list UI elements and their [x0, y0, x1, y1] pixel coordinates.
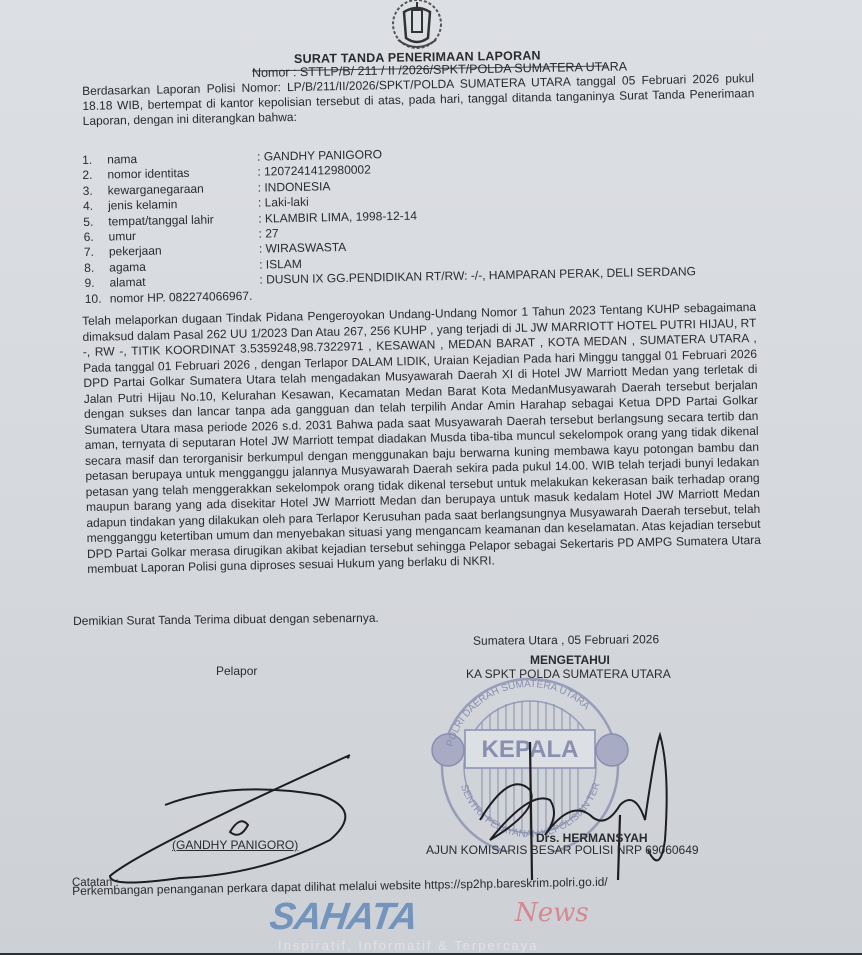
field-value: : Laki-laki — [258, 195, 309, 211]
police-emblem-icon — [376, 0, 458, 52]
official-rank: AJUN KOMISARIS BESAR POLISI NRP 69060649 — [426, 843, 699, 857]
news-watermark: SAHATA News Inspiratif, Informatif & Ter… — [270, 896, 610, 955]
place-date: Sumatera Utara , 05 Februari 2026 — [473, 632, 659, 648]
field-number: 4. — [83, 199, 108, 215]
field-value: : WIRASWASTA — [259, 240, 347, 257]
field-number: 8. — [84, 260, 109, 276]
watermark-brand: SAHATA — [267, 896, 420, 939]
reporter-fields: 1.nama: GANDHY PANIGORO2.nomor identitas… — [82, 141, 696, 307]
field-value: : 1207241412980002 — [257, 163, 371, 181]
field-number: 2. — [82, 168, 107, 184]
field-number: 1. — [82, 153, 107, 169]
watermark-suffix: News — [515, 898, 589, 928]
report-paragraph: Telah melaporkan dugaan Tindak Pidana Pe… — [82, 300, 761, 578]
field-value: : ISLAM — [259, 257, 302, 273]
field-value: : INDONESIA — [258, 179, 331, 196]
field-number: 10. — [85, 291, 110, 307]
document-page: SURAT TANDA PENERIMAAN LAPORAN Nomor : S… — [0, 0, 862, 955]
intro-paragraph: Berdasarkan Laporan Polisi Nomor: LP/B/2… — [82, 71, 755, 129]
acknowledged-label: MENGETAHUI — [530, 653, 610, 667]
official-signature-icon — [470, 730, 680, 880]
field-number: 6. — [83, 229, 108, 245]
field-number: 9. — [84, 276, 109, 292]
field-value: : 27 — [258, 226, 278, 242]
reporter-signature-icon — [80, 750, 360, 890]
field-label: nomor HP. 082274066967. — [110, 288, 253, 306]
closing-statement: Demikian Surat Tanda Terima dibuat denga… — [73, 611, 379, 628]
watermark-tagline: Inspiratif, Informatif & Terpercaya — [278, 938, 539, 953]
reporter-label: Pelapor — [216, 664, 257, 678]
reporter-name: (GANDHY PANIGORO) — [172, 838, 298, 852]
field-value: : KLAMBIR LIMA, 1998-12-14 — [258, 208, 417, 226]
field-number: 7. — [84, 245, 109, 261]
field-number: 3. — [83, 183, 108, 199]
field-number: 5. — [83, 214, 108, 230]
